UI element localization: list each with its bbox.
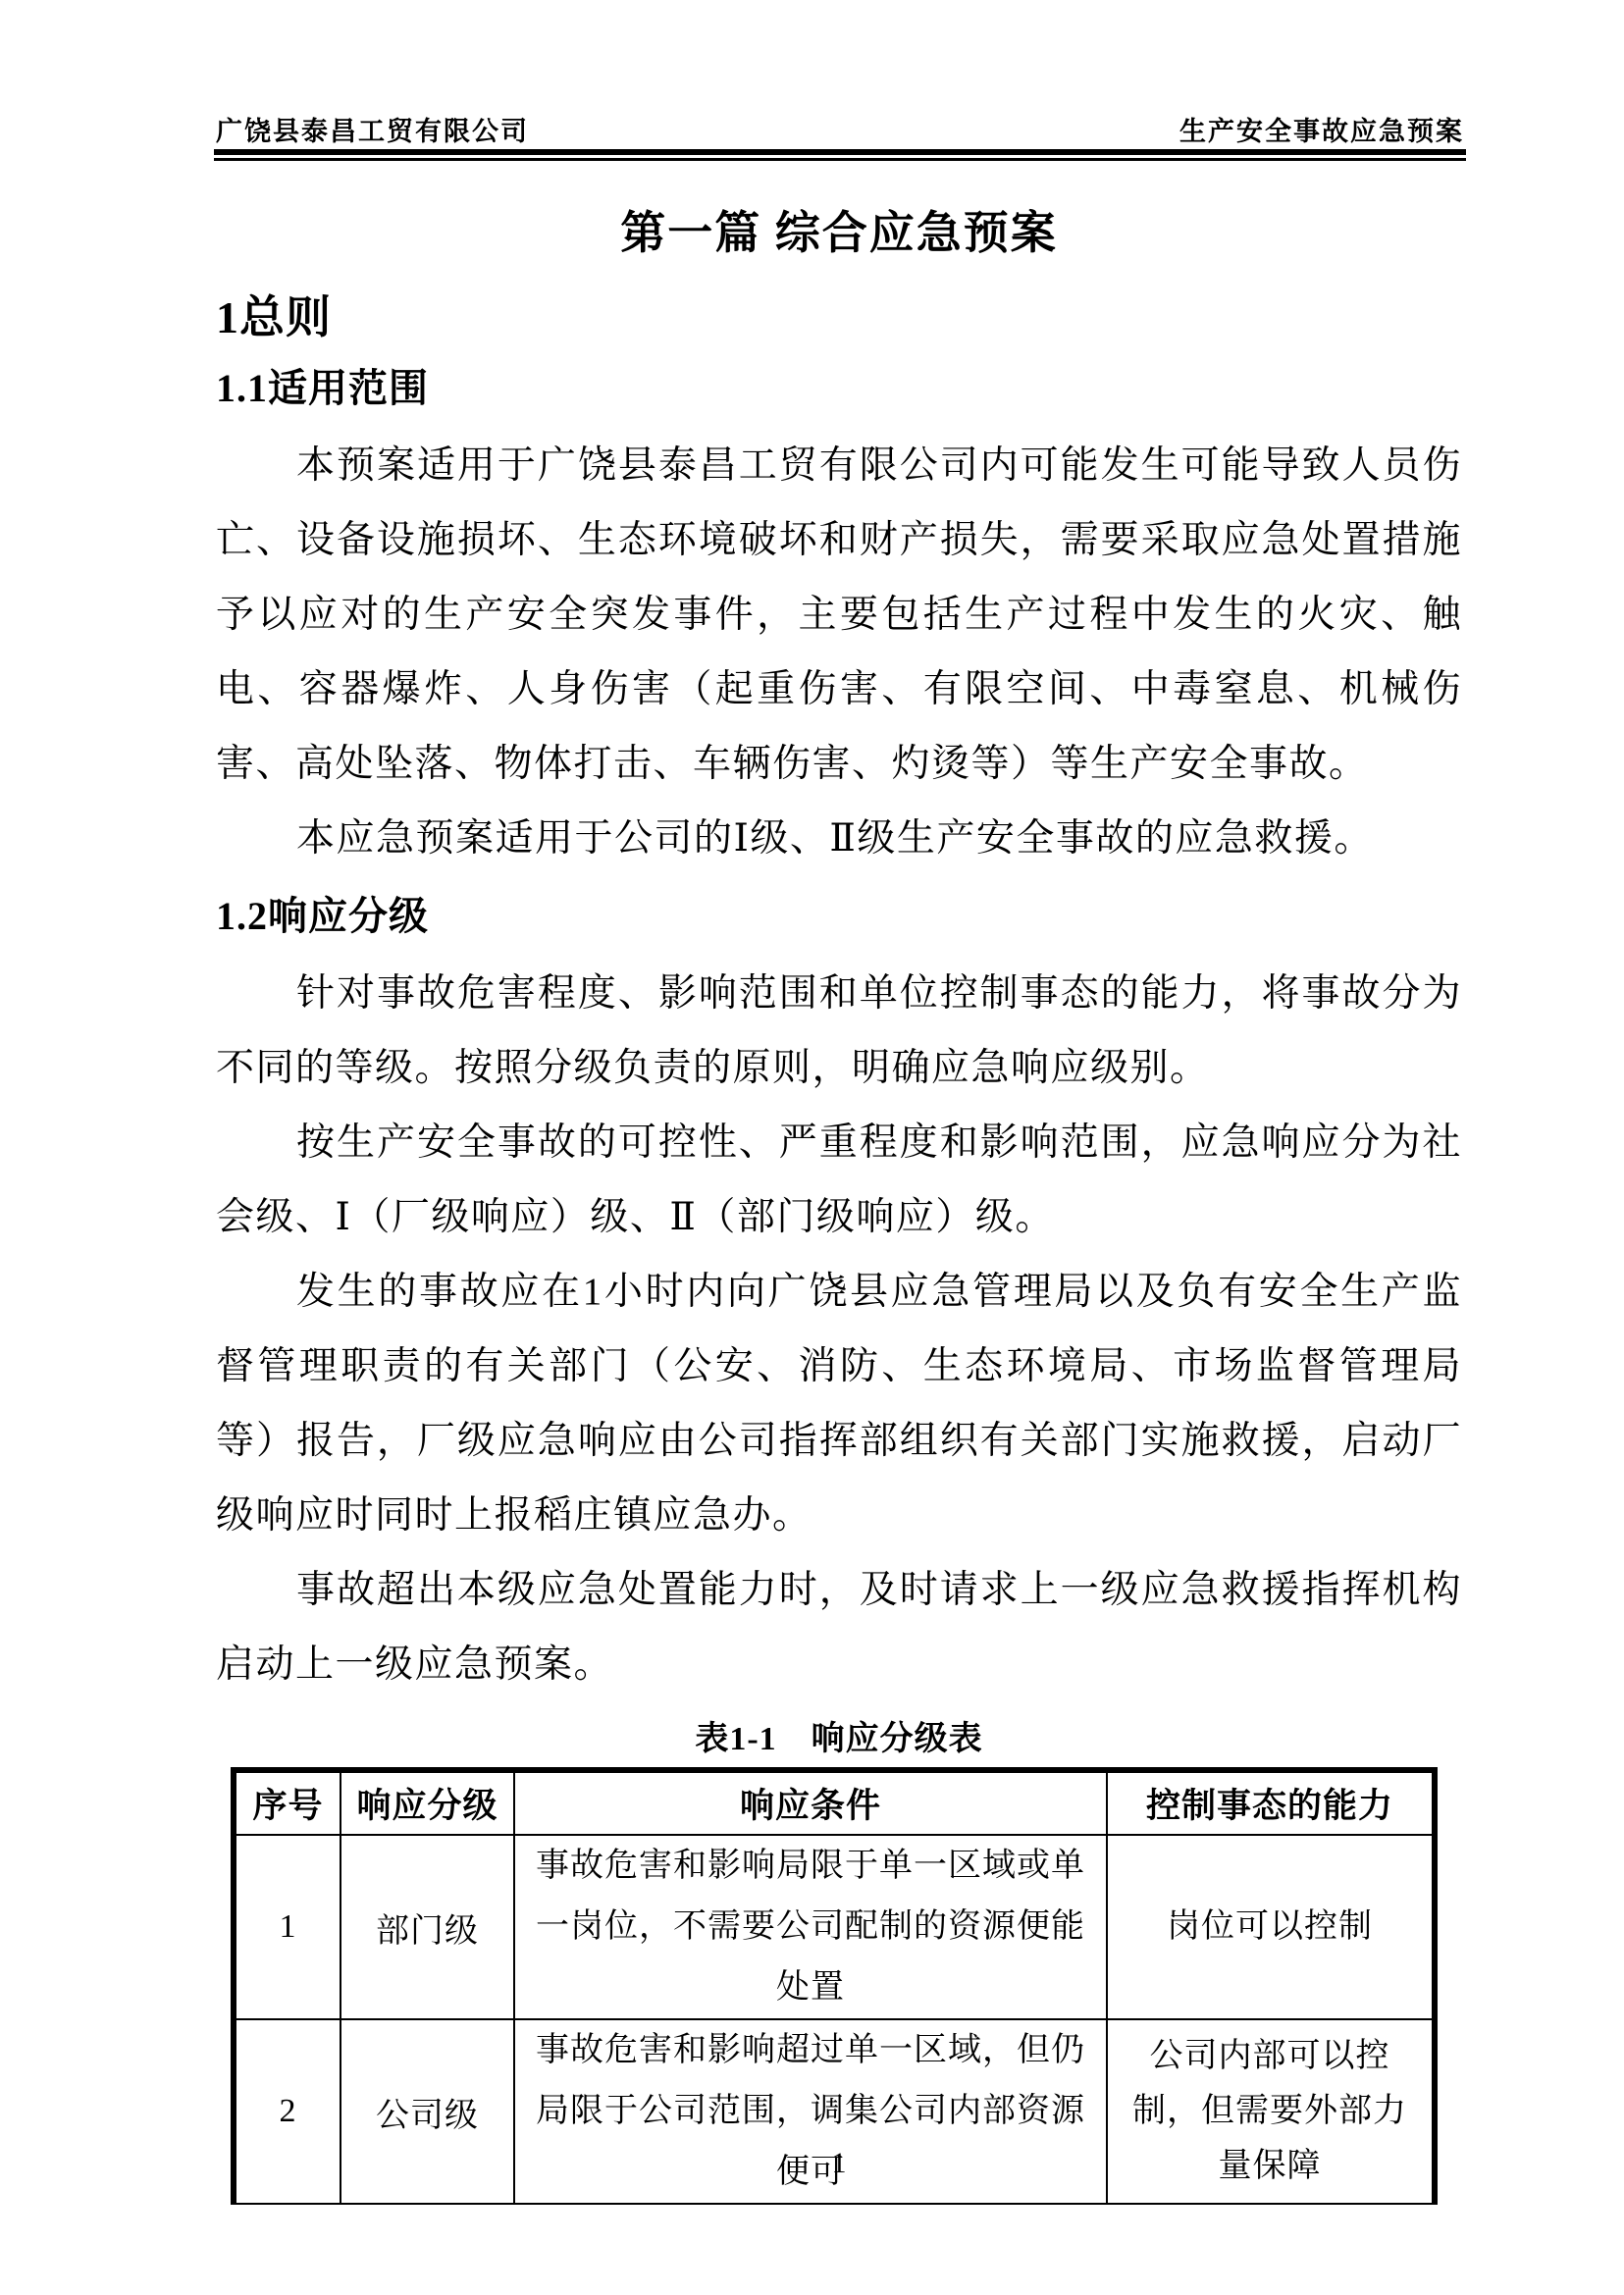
document-body: 第一篇 综合应急预案 1总则 1.1适用范围 本预案适用于广饶县泰昌工贸有限公司… — [216, 201, 1462, 2205]
cell-index: 1 — [236, 1835, 341, 2019]
col-header-index: 序号 — [236, 1773, 341, 1835]
header-rule — [214, 149, 1466, 161]
document-title: 第一篇 综合应急预案 — [216, 201, 1462, 266]
col-header-condition: 响应条件 — [514, 1773, 1107, 1835]
col-header-level: 响应分级 — [341, 1773, 514, 1835]
header-rule-thin — [214, 158, 1466, 161]
col-header-control: 控制事态的能力 — [1107, 1773, 1432, 1835]
document-page: 广饶县泰昌工贸有限公司 生产安全事故应急预案 第一篇 综合应急预案 1总则 1.… — [0, 0, 1624, 2295]
paragraph-grading-2: 按生产安全事故的可控性、严重程度和影响范围，应急响应分为社会级、Ⅰ（厂级响应）级… — [216, 1106, 1462, 1255]
paragraph-grading-3: 发生的事故应在1小时内向广饶县应急管理局以及负有安全生产监督管理职责的有关部门（… — [216, 1255, 1462, 1553]
header-company-name: 广饶县泰昌工贸有限公司 — [216, 110, 529, 148]
heading-scope: 1.1适用范围 — [216, 358, 1462, 419]
page-number: 1 — [216, 2147, 1462, 2180]
table-row: 1 部门级 事故危害和影响局限于单一区域或单一岗位，不需要公司配制的资源便能处置… — [236, 1835, 1432, 2019]
page-header: 广饶县泰昌工贸有限公司 生产安全事故应急预案 — [216, 110, 1464, 148]
header-doc-title: 生产安全事故应急预案 — [1179, 110, 1464, 148]
paragraph-scope-2: 本应急预案适用于公司的Ⅰ级、Ⅱ级生产安全事故的应急救援。 — [216, 802, 1462, 876]
heading-general-rules: 1总则 — [216, 287, 1462, 348]
paragraph-grading-1: 针对事故危害程度、影响范围和单位控制事态的能力，将事故分为不同的等级。按照分级负… — [216, 957, 1462, 1106]
response-level-table: 序号 响应分级 响应条件 控制事态的能力 1 部门级 事故危害和影响局限于单一区… — [231, 1767, 1438, 2205]
paragraph-scope-1: 本预案适用于广饶县泰昌工贸有限公司内可能发生可能导致人员伤亡、设备设施损坏、生态… — [216, 429, 1462, 802]
heading-response-grading: 1.2响应分级 — [216, 886, 1462, 947]
cell-condition: 事故危害和影响局限于单一区域或单一岗位，不需要公司配制的资源便能处置 — [514, 1835, 1107, 2019]
table-header-row: 序号 响应分级 响应条件 控制事态的能力 — [236, 1773, 1432, 1835]
cell-control: 岗位可以控制 — [1107, 1835, 1432, 2019]
paragraph-grading-4: 事故超出本级应急处置能力时，及时请求上一级应急救援指挥机构启动上一级应急预案。 — [216, 1553, 1462, 1702]
table-caption: 表1-1 响应分级表 — [216, 1716, 1462, 1763]
cell-level: 部门级 — [341, 1835, 514, 2019]
